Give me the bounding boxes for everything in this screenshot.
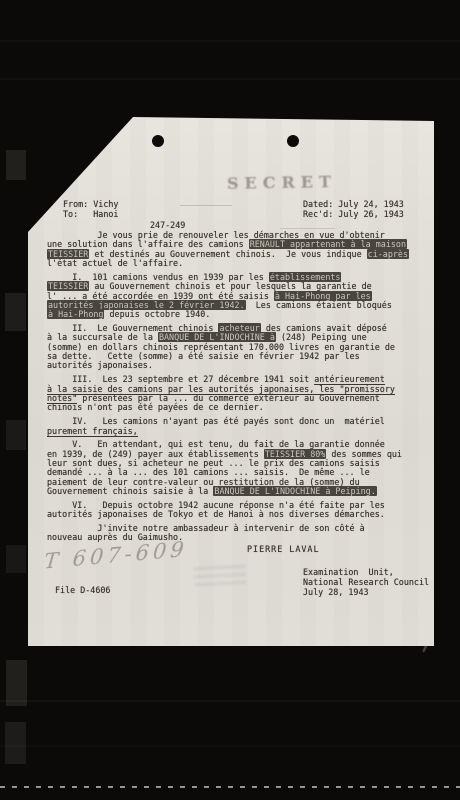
film-mark <box>5 722 26 764</box>
microfilm-frame: SECRET From: Vichy To: Hanoi Dated: July… <box>0 0 460 800</box>
dated-field: Dated: July 24, 1943 <box>303 199 404 209</box>
film-streak <box>0 745 460 747</box>
body-line: nouveau auprès du Gaimusho. <box>47 533 419 542</box>
council-line: National Research Council <box>303 577 429 587</box>
pencil-line <box>180 205 232 206</box>
signature-name: PIERRE LAVAL <box>247 544 320 554</box>
text-segment: autorités japonaises de Tokyo et de Hano… <box>47 509 385 519</box>
body-paragraph: Je vous prie de renouveler les démarches… <box>47 231 419 268</box>
body-line: à Hai-Phong depuis octobre 1940. <box>47 310 419 319</box>
film-mark <box>5 293 26 331</box>
text-segment: IV. Les camions n'ayant pas été payés so… <box>47 416 385 426</box>
telegram-reference-number: 247-249 <box>150 220 185 230</box>
body-line: l'état actuel de l'affaire. <box>47 259 419 268</box>
body-line: autorités japonaises. <box>47 361 419 370</box>
secret-stamp: SECRET <box>227 172 337 193</box>
body-paragraph: VI. Depuis octobre 1942 aucune réponse n… <box>47 501 419 520</box>
text-segment: chinois n'ont pas été payées de ce derni… <box>47 402 264 412</box>
pencil-line <box>280 228 335 229</box>
body-line: chinois n'ont pas été payées de ce derni… <box>47 403 419 412</box>
text-segment: depuis octobre 1940. <box>104 309 210 319</box>
body-paragraph: III. Les 23 septembre et 27 décembre 194… <box>47 375 419 412</box>
text-segment: à Hai-Phong <box>47 309 104 319</box>
body-paragraph: II. Le Gouvernement chinois acheteur des… <box>47 324 419 371</box>
file-number: File D-4606 <box>55 585 110 595</box>
body-line: Gouvernement chinois saisie à la BANQUE … <box>47 487 419 496</box>
film-mark <box>6 150 26 180</box>
text-segment: l'état actuel de l'affaire. <box>47 258 183 268</box>
text-segment: BANQUE DE L'INDOCHINE à Peiping. <box>213 486 376 496</box>
examination-block: Examination Unit, National Research Coun… <box>303 567 429 597</box>
to-field: To: Hanoi <box>63 209 118 219</box>
punch-hole <box>152 135 164 147</box>
text-segment: purement français, <box>47 426 138 437</box>
body-line: autorités japonaises de Tokyo et de Hano… <box>47 510 419 519</box>
document-page: SECRET From: Vichy To: Hanoi Dated: July… <box>28 117 434 646</box>
film-mark <box>6 420 26 450</box>
text-segment: Les camions étaient bloqués <box>246 300 392 310</box>
body-paragraph: V. En attendant, qui est tenu, du fait d… <box>47 440 419 496</box>
document-body: Je vous prie de renouveler les démarches… <box>47 231 419 547</box>
examination-date-line: July 28, 1943 <box>303 587 429 597</box>
film-streak <box>0 40 460 42</box>
text-segment: III. Les 23 septembre et 27 décembre 194… <box>47 374 314 384</box>
faint-stamp-mark <box>193 562 246 587</box>
body-paragraph: J'invite notre ambassadeur à intervenir … <box>47 524 419 543</box>
from-field: From: Vichy <box>63 199 118 209</box>
body-paragraph: I. 101 camions vendus en 1939 par les ét… <box>47 273 419 320</box>
body-paragraph: IV. Les camions n'ayant pas été payés so… <box>47 417 419 436</box>
body-line: purement français, <box>47 427 419 436</box>
film-mark <box>6 660 27 706</box>
text-segment: Gouvernement chinois saisie à la <box>47 486 213 496</box>
punch-hole <box>287 135 299 147</box>
film-streak <box>0 78 460 80</box>
text-segment: autorités japonaises. <box>47 360 153 370</box>
text-segment: ci-après <box>367 249 409 259</box>
film-mark <box>6 545 26 573</box>
received-field: Rec'd: July 26, 1943 <box>303 209 404 219</box>
film-edge-scratch <box>0 786 460 788</box>
examination-unit-line: Examination Unit, <box>303 567 429 577</box>
film-streak <box>0 700 460 702</box>
